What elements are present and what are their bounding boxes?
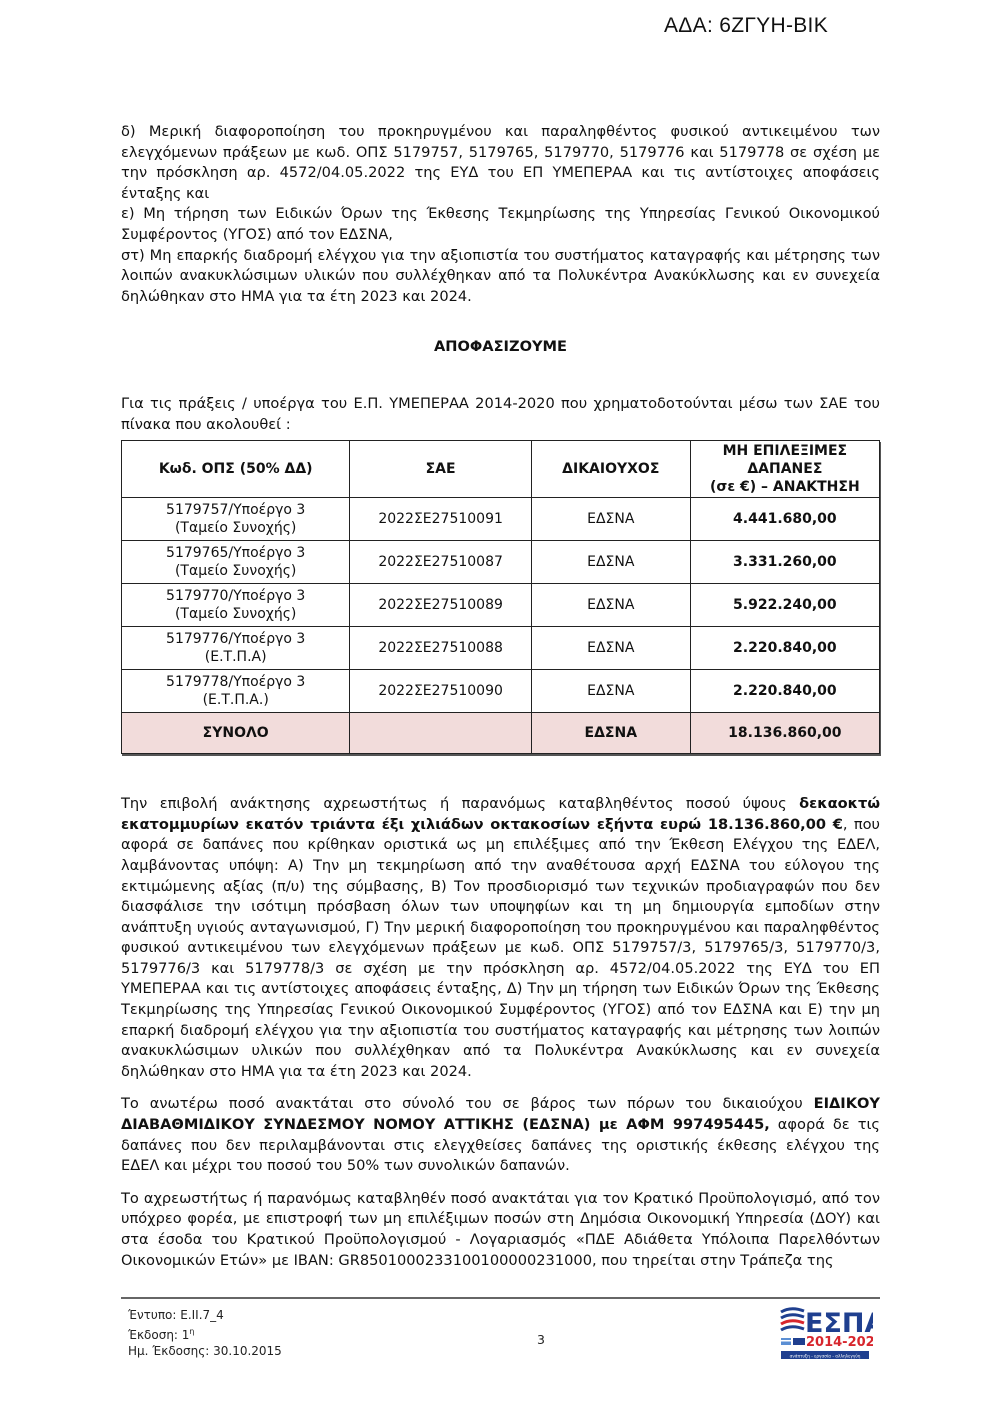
footer-edition: Έκδοση: 1η [128, 1324, 282, 1344]
recovery-table: Κωδ. ΟΠΣ (50% ΔΔ) ΣΑΕ ΔΙΚΑΙΟΥΧΟΣ ΜΗ ΕΠΙΛ… [121, 440, 880, 754]
total-beneficiary: ΕΔΣΝΑ [531, 713, 690, 754]
cell-sae: 2022ΣΕ27510090 [350, 670, 531, 713]
ops-code: 5179770/Υποέργο 3 [166, 588, 305, 604]
cell-amount: 2.220.840,00 [690, 670, 879, 713]
page-number: 3 [537, 1332, 545, 1347]
fund-name: (Ε.Τ.Π.Α) [205, 649, 267, 665]
header-ops-code: Κωδ. ΟΠΣ (50% ΔΔ) [122, 441, 350, 498]
paragraph-recovery-rest: , που αφορά σε δαπάνες που κρίθηκαν ορισ… [121, 816, 880, 1080]
paragraph-recovery-lead: Την επιβολή ανάκτησης αχρεωστήτως ή παρα… [121, 795, 799, 812]
ops-code: 5179776/Υποέργο 3 [166, 631, 305, 647]
cell-beneficiary: ΕΔΣΝΑ [531, 627, 690, 670]
footer-edition-sup: η [189, 1327, 194, 1336]
paragraph-beneficiary: Το ανωτέρω ποσό ανακτάται στο σύνολό του… [121, 1094, 880, 1176]
table-row: 5179770/Υποέργο 3(Ταμείο Συνοχής)2022ΣΕ2… [122, 584, 880, 627]
footer-divider [121, 1297, 880, 1299]
ops-code: 5179765/Υποέργο 3 [166, 545, 305, 561]
fund-name: (Ταμείο Συνοχής) [175, 563, 296, 579]
espa-logo-icon: ΕΣΠΑ 2014-2020 ανάπτυξη - εργασία - αλλη… [778, 1302, 873, 1364]
footer-form: Έντυπο: Ε.ΙΙ.7_4 [128, 1307, 282, 1324]
svg-text:2014-2020: 2014-2020 [806, 1335, 873, 1350]
fund-name: (Ταμείο Συνοχής) [175, 520, 296, 536]
table-total-row: ΣΥΝΟΛΟΕΔΣΝΑ18.136.860,00 [122, 713, 880, 754]
paragraph-iban: Το αχρεωστήτως ή παρανόμως καταβληθέν πο… [121, 1189, 880, 1271]
table-row: 5179765/Υποέργο 3(Ταμείο Συνοχής)2022ΣΕ2… [122, 541, 880, 584]
cell-ops-code: 5179770/Υποέργο 3(Ταμείο Συνοχής) [122, 584, 350, 627]
footer-info: Έντυπο: Ε.ΙΙ.7_4 Έκδοση: 1η Ημ. Έκδοσης:… [128, 1307, 282, 1360]
footer-edition-label: Έκδοση: 1 [128, 1328, 189, 1342]
fund-name: (Ταμείο Συνοχής) [175, 606, 296, 622]
cell-sae: 2022ΣΕ27510088 [350, 627, 531, 670]
ada-code: ΑΔΑ: 6ΖΓΥΗ-ΒΙΚ [664, 14, 828, 38]
total-amount: 18.136.860,00 [690, 713, 879, 754]
table-row: 5179776/Υποέργο 3(Ε.Τ.Π.Α)2022ΣΕ27510088… [122, 627, 880, 670]
table-header-row: Κωδ. ΟΠΣ (50% ΔΔ) ΣΑΕ ΔΙΚΑΙΟΥΧΟΣ ΜΗ ΕΠΙΛ… [122, 441, 880, 498]
clause-st: στ) Μη επαρκής διαδρομή ελέγχου για την … [121, 246, 880, 308]
paragraph-beneficiary-lead: Το ανωτέρω ποσό ανακτάται στο σύνολό του… [121, 1095, 814, 1112]
document-body: δ) Μερική διαφοροποίηση του προκηρυγμένο… [121, 122, 880, 1271]
table-row: 5179757/Υποέργο 3(Ταμείο Συνοχής)2022ΣΕ2… [122, 498, 880, 541]
espa-logo: ΕΣΠΑ 2014-2020 ανάπτυξη - εργασία - αλλη… [778, 1302, 873, 1364]
cell-amount: 5.922.240,00 [690, 584, 879, 627]
cell-amount: 2.220.840,00 [690, 627, 879, 670]
header-beneficiary: ΔΙΚΑΙΟΥΧΟΣ [531, 441, 690, 498]
total-label: ΣΥΝΟΛΟ [122, 713, 350, 754]
ops-code: 5179778/Υποέργο 3 [166, 674, 305, 690]
cell-amount: 4.441.680,00 [690, 498, 879, 541]
clause-epsilon: ε) Μη τήρηση των Ειδικών Όρων της Έκθεση… [121, 204, 880, 245]
paragraph-recovery: Την επιβολή ανάκτησης αχρεωστήτως ή παρα… [121, 794, 880, 1082]
cell-ops-code: 5179757/Υποέργο 3(Ταμείο Συνοχής) [122, 498, 350, 541]
header-amount-line3: (σε €) – ΑΝΑΚΤΗΣΗ [710, 479, 860, 495]
cell-ops-code: 5179778/Υποέργο 3(Ε.Τ.Π.Α.) [122, 670, 350, 713]
ops-code: 5179757/Υποέργο 3 [166, 502, 305, 518]
cell-beneficiary: ΕΔΣΝΑ [531, 670, 690, 713]
cell-sae: 2022ΣΕ27510091 [350, 498, 531, 541]
total-sae [350, 713, 531, 754]
header-amount: ΜΗ ΕΠΙΛΕΞΙΜΕΣ ΔΑΠΑΝΕΣ (σε €) – ΑΝΑΚΤΗΣΗ [690, 441, 879, 498]
cell-ops-code: 5179765/Υποέργο 3(Ταμείο Συνοχής) [122, 541, 350, 584]
table-intro: Για τις πράξεις / υποέργα του Ε.Π. ΥΜΕΠΕ… [121, 394, 880, 435]
fund-name: (Ε.Τ.Π.Α.) [203, 692, 269, 708]
cell-ops-code: 5179776/Υποέργο 3(Ε.Τ.Π.Α) [122, 627, 350, 670]
cell-beneficiary: ΕΔΣΝΑ [531, 584, 690, 627]
cell-beneficiary: ΕΔΣΝΑ [531, 498, 690, 541]
table-row: 5179778/Υποέργο 3(Ε.Τ.Π.Α.)2022ΣΕ2751009… [122, 670, 880, 713]
cell-beneficiary: ΕΔΣΝΑ [531, 541, 690, 584]
header-amount-line1: ΜΗ ΕΠΙΛΕΞΙΜΕΣ [723, 443, 848, 459]
header-amount-line2: ΔΑΠΑΝΕΣ [747, 461, 822, 477]
header-sae: ΣΑΕ [350, 441, 531, 498]
cell-sae: 2022ΣΕ27510089 [350, 584, 531, 627]
clause-delta: δ) Μερική διαφοροποίηση του προκηρυγμένο… [121, 122, 880, 204]
cell-amount: 3.331.260,00 [690, 541, 879, 584]
cell-sae: 2022ΣΕ27510087 [350, 541, 531, 584]
footer-edition-date: Ημ. Έκδοσης: 30.10.2015 [128, 1343, 282, 1360]
svg-text:ανάπτυξη - εργασία - αλληλεγγύ: ανάπτυξη - εργασία - αλληλεγγύη [790, 1354, 861, 1359]
decision-heading: ΑΠΟΦΑΣΙΖΟΥΜΕ [121, 337, 880, 358]
